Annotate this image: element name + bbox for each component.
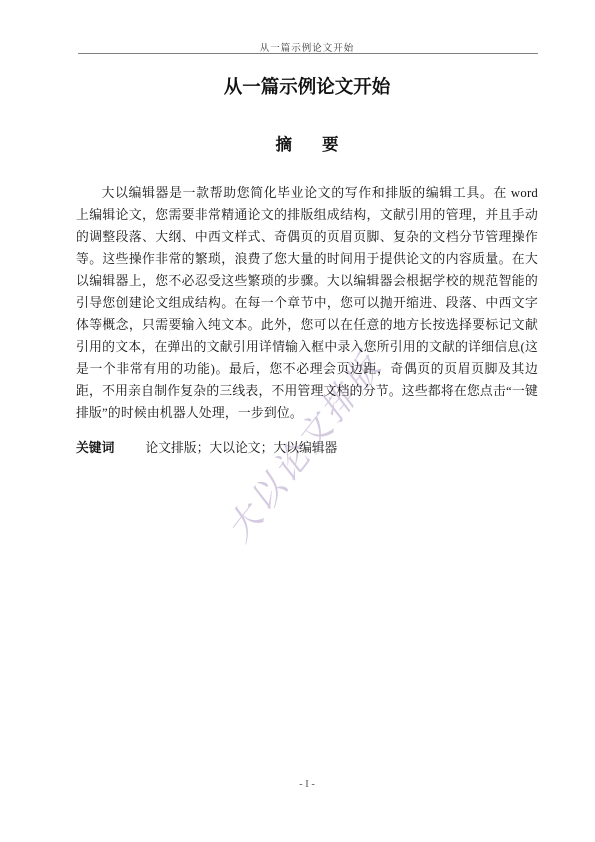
abstract-heading-char-2: 要	[322, 131, 339, 155]
page-number: - I -	[299, 779, 315, 790]
abstract-heading-char-1: 摘	[276, 131, 293, 155]
abstract-body-paragraph: 大以编辑器是一款帮助您简化毕业论文的写作和排版的编辑工具。在 word 上编辑论…	[76, 182, 538, 424]
document-page: 从一篇示例论文开始 大以论文排版 从一篇示例论文开始 摘 要 大以编辑器是一款帮…	[0, 0, 595, 842]
keywords-value: 论文排版；大以论文；大以编辑器	[145, 441, 337, 455]
abstract-heading: 摘 要	[76, 131, 538, 155]
header-rule	[78, 53, 538, 54]
keywords-label: 关键词	[76, 441, 114, 455]
page-footer: - I -	[76, 779, 538, 790]
running-header: 从一篇示例论文开始	[76, 40, 538, 54]
keywords-line: 关键词论文排版；大以论文；大以编辑器	[76, 437, 538, 456]
page-title: 从一篇示例论文开始	[76, 73, 538, 99]
